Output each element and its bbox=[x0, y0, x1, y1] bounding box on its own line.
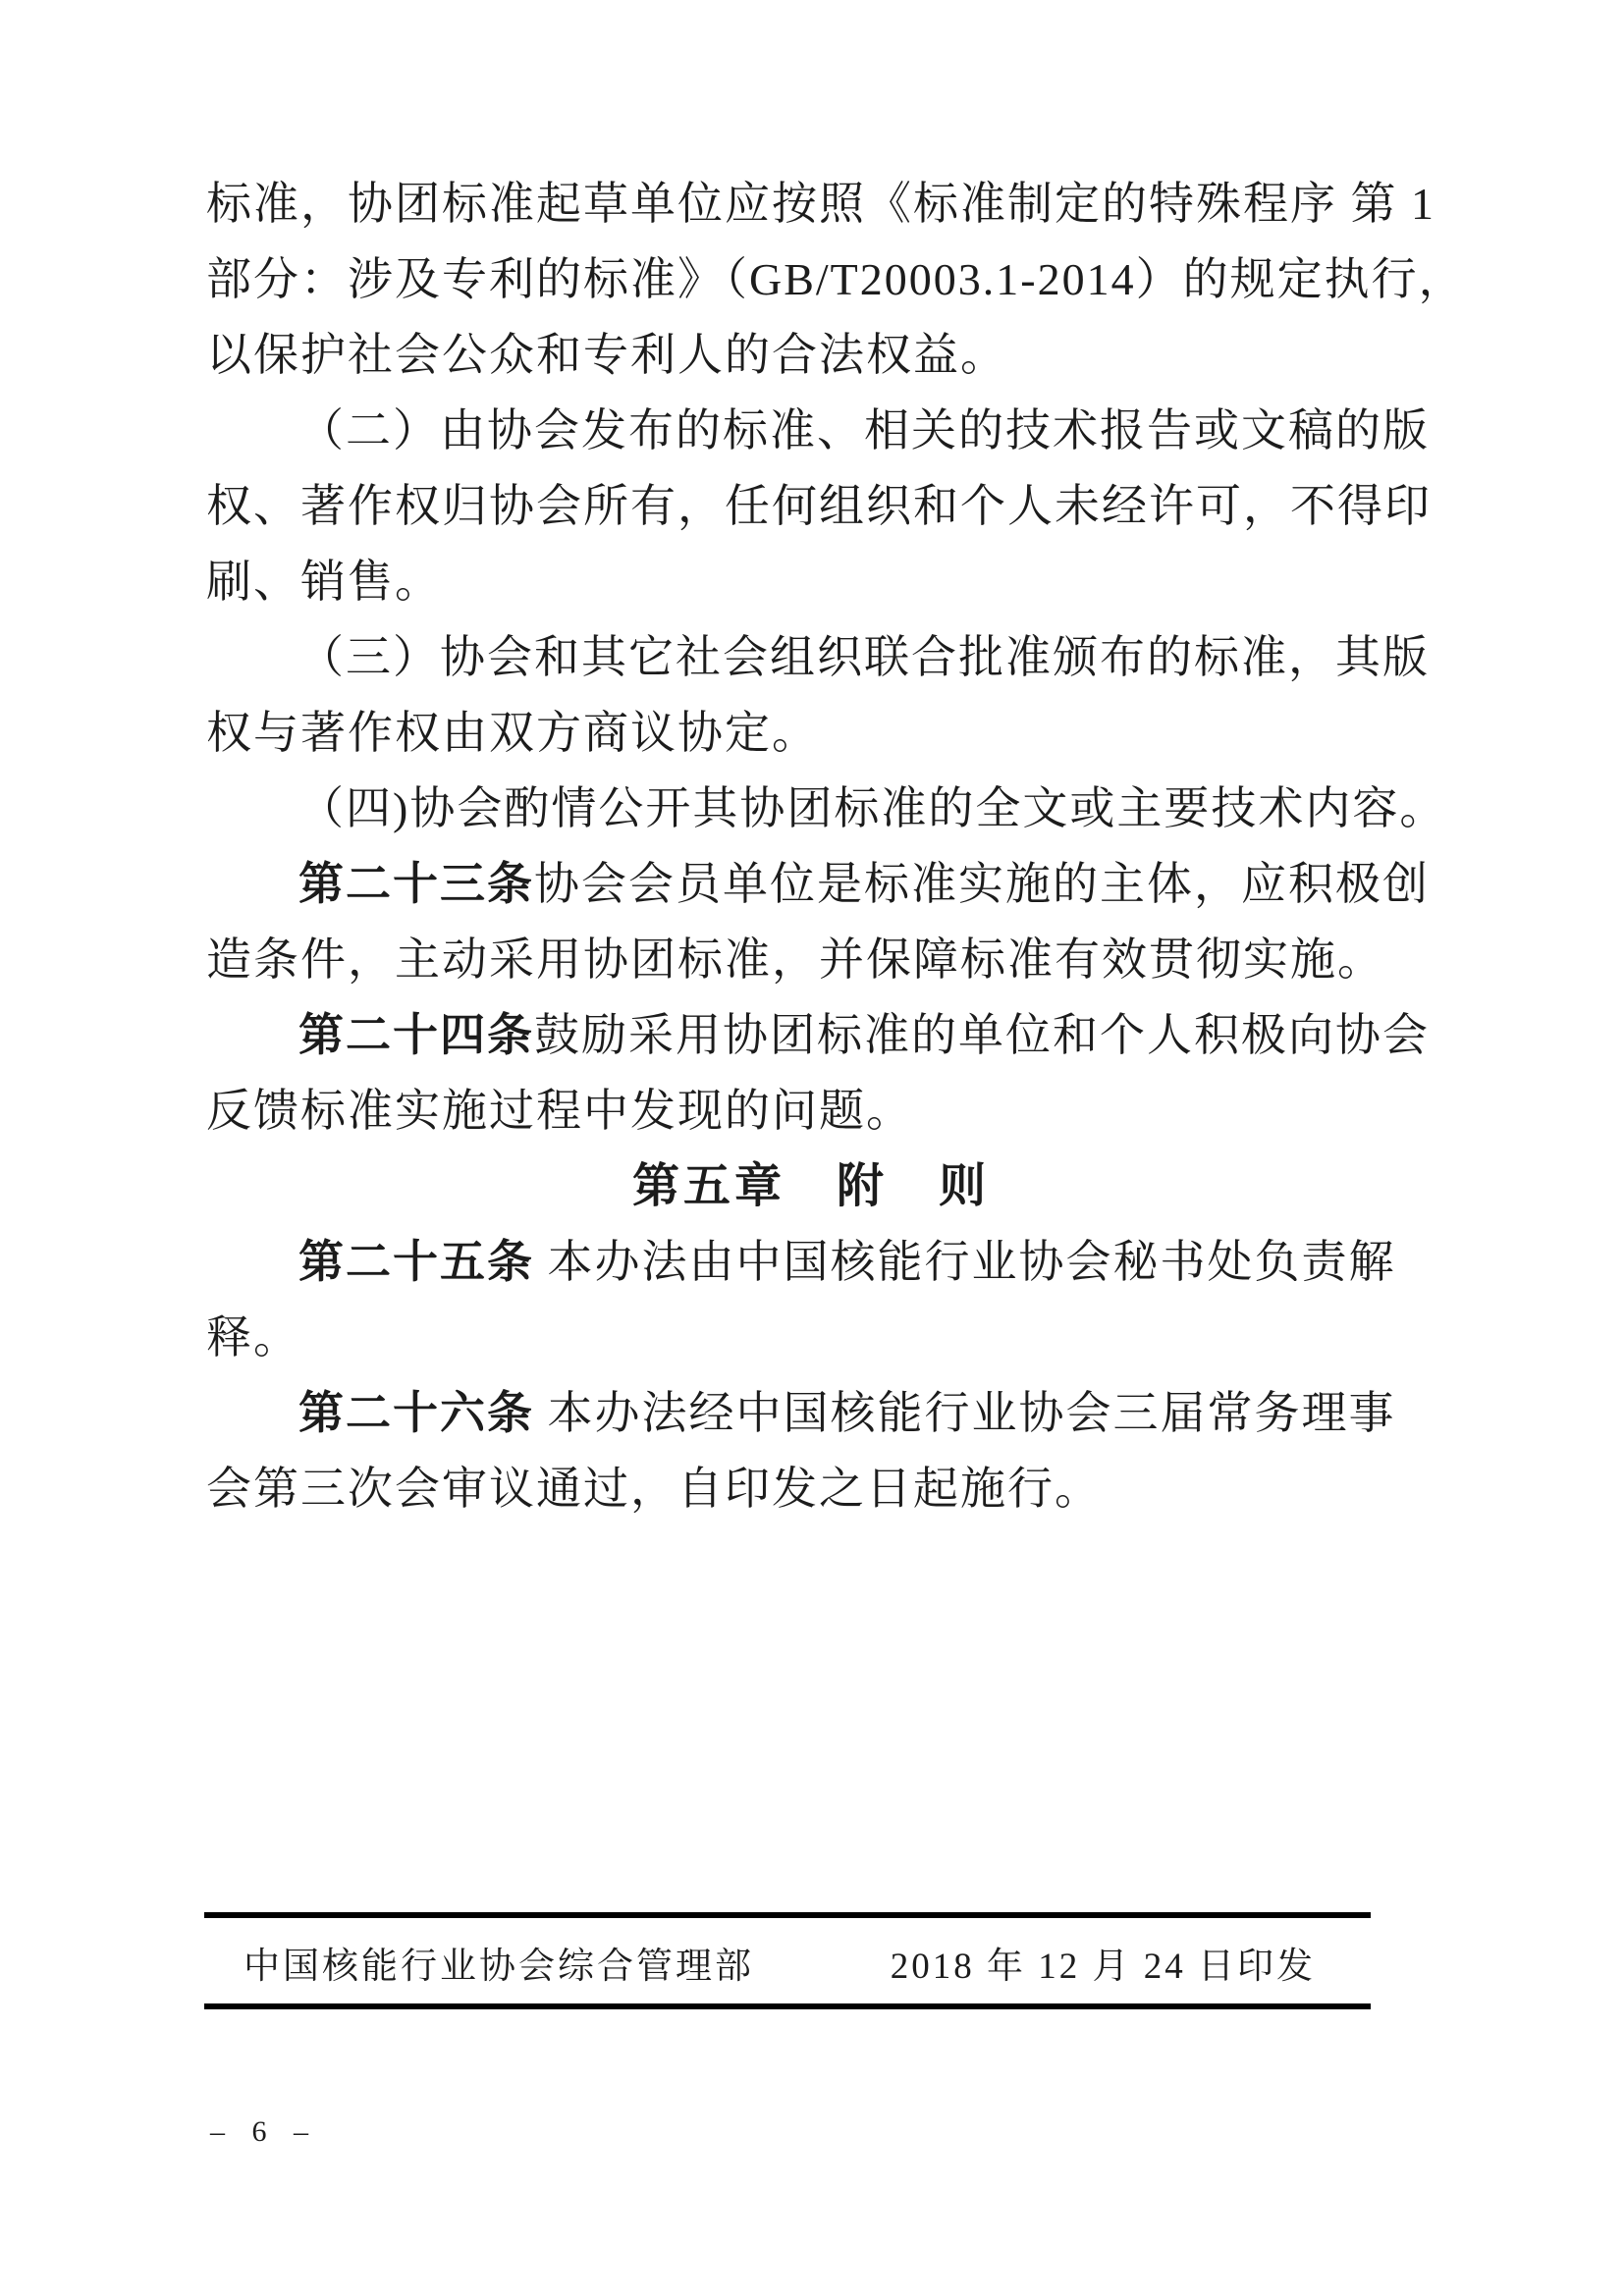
text-segment: 部分：涉及专利的标准》（GB/T20003.1-2014）的规定执行， bbox=[206, 254, 1466, 304]
text-segment: 权与著作权由双方商议协定。 bbox=[206, 708, 819, 758]
text-segment: （三）协会和其它社会组织联合批准颁布的标准，其版 bbox=[298, 632, 1430, 682]
article-number-text: 第二十六条 bbox=[298, 1387, 534, 1438]
body-line: 以保护社会公众和专利人的合法权益。 bbox=[206, 317, 1416, 393]
body-line: 释。 bbox=[206, 1300, 1416, 1375]
page-number: – 6 – bbox=[210, 2115, 318, 2149]
body-line: 会第三次会审议通过，自印发之日起施行。 bbox=[206, 1451, 1416, 1526]
text-segment: 标准，协团标准起草单位应按照《标准制定的特殊程序 第 1 bbox=[206, 179, 1435, 229]
body-line: 权、著作权归协会所有，任何组织和个人未经许可，不得印 bbox=[206, 468, 1416, 544]
document-page: 标准，协团标准起草单位应按照《标准制定的特殊程序 第 1部分：涉及专利的标准》（… bbox=[0, 0, 1624, 2296]
article-number-text: 第二十四条 bbox=[298, 1009, 534, 1060]
body-line: （四)协会酌情公开其协团标准的全文或主要技术内容。 bbox=[206, 771, 1416, 846]
text-segment: （二）由协会发布的标准、相关的技术报告或文稿的版 bbox=[298, 405, 1430, 455]
text-segment: 释。 bbox=[206, 1312, 300, 1362]
text-segment: 本办法由中国核能行业协会秘书处负责解 bbox=[534, 1237, 1396, 1287]
footer-rule-top bbox=[204, 1912, 1371, 1918]
body-line: 反馈标准实施过程中发现的问题。 bbox=[206, 1073, 1416, 1148]
body-line: 权与著作权由双方商议协定。 bbox=[206, 695, 1416, 771]
text-segment: 会第三次会审议通过，自印发之日起施行。 bbox=[206, 1464, 1102, 1514]
footer-rule-bottom bbox=[204, 2003, 1371, 2009]
body-line: （二）由协会发布的标准、相关的技术报告或文稿的版 bbox=[206, 393, 1416, 468]
text-segment: 反馈标准实施过程中发现的问题。 bbox=[206, 1086, 913, 1136]
body-line: 第二十六条 本办法经中国核能行业协会三届常务理事 bbox=[206, 1375, 1416, 1451]
text-segment: 权、著作权归协会所有，任何组织和个人未经许可，不得印 bbox=[206, 481, 1432, 531]
text-segment: 鼓励采用协团标准的单位和个人积极向协会 bbox=[534, 1010, 1430, 1060]
body-line: 第二十五条 本办法由中国核能行业协会秘书处负责解 bbox=[206, 1224, 1416, 1300]
body-line: 造条件，主动采用协团标准，并保障标准有效贯彻实施。 bbox=[206, 922, 1416, 997]
body-line: 刷、销售。 bbox=[206, 544, 1416, 619]
text-segment: 以保护社会公众和专利人的合法权益。 bbox=[206, 330, 1007, 380]
article-number-text: 第二十三条 bbox=[298, 858, 534, 909]
body-line: 标准，协团标准起草单位应按照《标准制定的特殊程序 第 1 bbox=[206, 166, 1416, 241]
body-line: 第二十三条协会会员单位是标准实施的主体，应积极创 bbox=[206, 846, 1416, 922]
article-number-text: 第二十五条 bbox=[298, 1236, 534, 1287]
text-segment: 刷、销售。 bbox=[206, 557, 442, 607]
article-number-text: 第五章 附 则 bbox=[632, 1160, 990, 1212]
text-segment: 协会会员单位是标准实施的主体，应积极创 bbox=[534, 859, 1430, 909]
text-segment: 造条件，主动采用协团标准，并保障标准有效贯彻实施。 bbox=[206, 934, 1384, 985]
footer-print-date: 2018 年 12 月 24 日印发 bbox=[891, 1936, 1316, 1989]
footer-issuer: 中国核能行业协会综合管理部 bbox=[244, 1936, 754, 1989]
text-segment: 本办法经中国核能行业协会三届常务理事 bbox=[534, 1388, 1396, 1438]
document-body: 标准，协团标准起草单位应按照《标准制定的特殊程序 第 1部分：涉及专利的标准》（… bbox=[206, 166, 1416, 1526]
body-line: 部分：涉及专利的标准》（GB/T20003.1-2014）的规定执行， bbox=[206, 241, 1416, 317]
footer: 中国核能行业协会综合管理部 2018 年 12 月 24 日印发 bbox=[204, 1936, 1371, 1989]
body-line: 第二十四条鼓励采用协团标准的单位和个人积极向协会 bbox=[206, 997, 1416, 1073]
text-segment: （四)协会酌情公开其协团标准的全文或主要技术内容。 bbox=[298, 783, 1446, 833]
body-line: （三）协会和其它社会组织联合批准颁布的标准，其版 bbox=[206, 619, 1416, 695]
chapter-heading: 第五章 附 则 bbox=[206, 1148, 1416, 1224]
